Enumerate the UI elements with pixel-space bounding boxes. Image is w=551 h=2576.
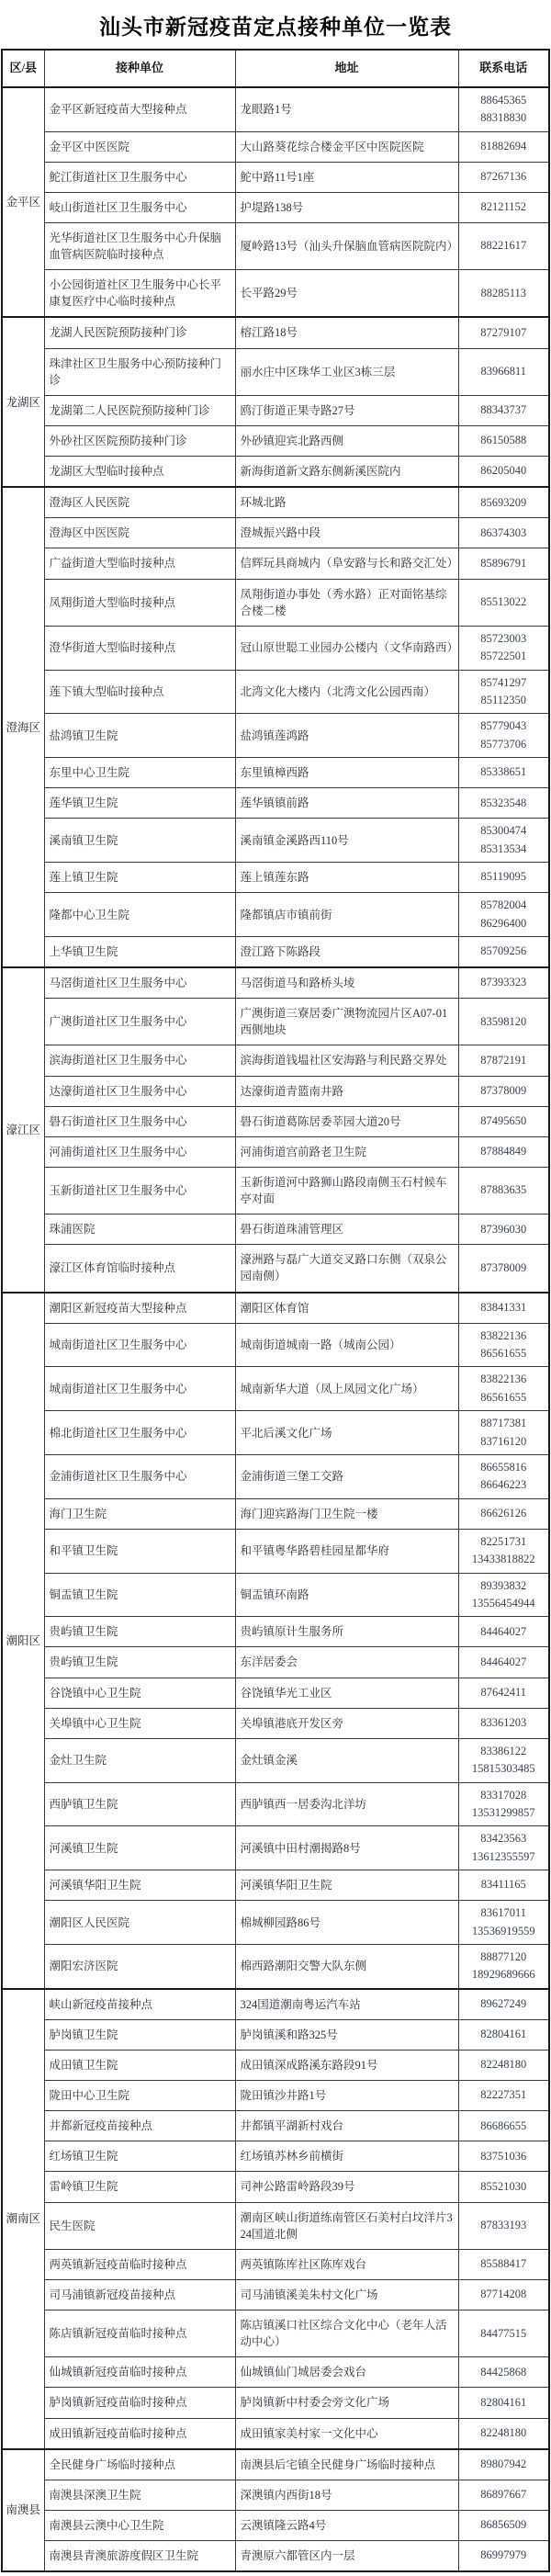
- phone-number: 13536919559: [461, 1923, 547, 1940]
- unit-cell: 金浦街道社区卫生服务中心: [44, 1454, 235, 1498]
- unit-cell: 礐石街道社区卫生服务中心: [44, 1106, 235, 1136]
- unit-cell: 上华镇卫生院: [44, 936, 235, 967]
- unit-cell: 西胪镇卫生院: [44, 1782, 235, 1826]
- address-cell: 城南新华大道（凤上凤园文化广场）: [235, 1367, 458, 1411]
- unit-cell: 民生医院: [44, 2202, 235, 2249]
- address-cell: 冠山原世聪工业园办公楼内（文华南路西）: [235, 626, 458, 670]
- table-row: 棉北街道社区卫生服务中心平北后溪文化广场8871738183716120: [2, 1411, 549, 1455]
- phone-number: 83598120: [461, 1013, 547, 1031]
- unit-cell: 南澳县青澳旅游度假区卫生院: [44, 2541, 235, 2572]
- address-cell: 莲华镇镇前路: [235, 788, 458, 819]
- phone-number: 87267136: [461, 168, 547, 186]
- table-row: 凤翔街道大型临时接种点凤翔街道办事处（秀水路）正对面铭基综合楼二楼8551302…: [2, 579, 549, 626]
- phone-cell: 84464027: [458, 1647, 549, 1678]
- table-row: 西胪镇卫生院西胪镇西一居委沟北洋坊8331702813531299857: [2, 1782, 549, 1826]
- phone-cell: 85709256: [458, 936, 549, 967]
- unit-cell: 谷饶镇中心卫生院: [44, 1678, 235, 1708]
- table-row: 潮阳区人民医院棉城柳园路86号8361701113536919559: [2, 1901, 549, 1945]
- phone-number: 87884849: [461, 1143, 547, 1160]
- table-row: 陇田中心卫生院陇田镇沙井路1号82227351: [2, 2081, 549, 2111]
- phone-number: 86561655: [461, 1345, 547, 1362]
- phone-number: 85300474: [461, 822, 547, 840]
- phone-number: 87883635: [461, 1181, 547, 1199]
- table-row: 濠江区马滘街道社区卫生服务中心马滘街道马和路桥头堎87393323: [2, 967, 549, 999]
- phone-cell: 89627249: [458, 1989, 549, 2020]
- address-cell: 北湾文化大楼内（北湾文化公园西南）: [235, 670, 458, 714]
- phone-cell: 87642411: [458, 1678, 549, 1708]
- address-cell: 澄江路下陈路段: [235, 936, 458, 967]
- phone-cell: 8382213686561655: [458, 1323, 549, 1367]
- phone-cell: 87279107: [458, 317, 549, 348]
- phone-number: 86897667: [461, 2486, 547, 2503]
- unit-cell: 澄海区中医医院: [44, 518, 235, 548]
- phone-cell: 88285113: [458, 270, 549, 318]
- phone-number: 82804161: [461, 2026, 547, 2043]
- table-row: 澄海区澄海区人民医院环城北路85693209: [2, 487, 549, 518]
- phone-number: 86561655: [461, 1389, 547, 1407]
- table-row: 成田镇卫生院成田镇深成路溪东路段91号82248180: [2, 2050, 549, 2080]
- table-row: 莲华镇卫生院莲华镇镇前路85323548: [2, 788, 549, 819]
- phone-number: 85741297: [461, 674, 547, 692]
- phone-number: 13531299857: [461, 1804, 547, 1822]
- phone-number: 86374303: [461, 525, 547, 542]
- unit-cell: 小公园街道社区卫生服务中心长平康复医疗中心临时接种点: [44, 270, 235, 318]
- phone-cell: 85521030: [458, 2172, 549, 2202]
- unit-cell: 光华街道社区卫生服务中心升保脑血管病医院临时接种点: [44, 222, 235, 269]
- unit-cell: 金平区中医医院: [44, 131, 235, 162]
- address-cell: 礐石街道葛陈居委莘园大道20号: [235, 1106, 458, 1136]
- unit-cell: 南澳县云澳中心卫生院: [44, 2510, 235, 2540]
- phone-number: 83361203: [461, 1714, 547, 1732]
- phone-number: 13556454944: [461, 1595, 547, 1612]
- phone-number: 84464027: [461, 1654, 547, 1671]
- phone-number: 87378009: [461, 1082, 547, 1100]
- unit-cell: 红场镇卫生院: [44, 2141, 235, 2172]
- district-cell: 澄海区: [2, 487, 44, 967]
- column-header-3: 联系电话: [458, 50, 549, 87]
- table-row: 达濠街道社区卫生服务中心达濠街道青篮南井路87378009: [2, 1076, 549, 1106]
- district-cell: 濠江区: [2, 967, 44, 1293]
- table-row: 海门卫生院海门迎宾路海门卫生院一楼86626126: [2, 1498, 549, 1529]
- table-row: 光华街道社区卫生服务中心升保脑血管病医院临时接种点厦岭路13号（汕头升保脑血管病…: [2, 222, 549, 269]
- phone-number: 87714208: [461, 2286, 547, 2303]
- phone-number: 83386122: [461, 1743, 547, 1760]
- phone-cell: 86856509: [458, 2510, 549, 2540]
- phone-cell: 86997979: [458, 2541, 549, 2572]
- phone-cell: 87378009: [458, 1245, 549, 1293]
- phone-number: 85338651: [461, 763, 547, 781]
- unit-cell: 金平区新冠疫苗大型接种点: [44, 87, 235, 131]
- phone-number: 85693209: [461, 494, 547, 512]
- table-row: 两英镇新冠疫苗临时接种点两英镇陈库社区陈库戏台85588417: [2, 2249, 549, 2279]
- column-header-0: 区/县: [2, 50, 44, 87]
- phone-number: 85119095: [461, 868, 547, 886]
- phone-number: 83716120: [461, 1433, 547, 1451]
- address-cell: 河浦街道宫前路老卫生院: [235, 1136, 458, 1167]
- table-row: 濠江区体育馆临时接种点濠洲路与磊广大道交叉路口东侧（双泉公园南侧）8737800…: [2, 1245, 549, 1293]
- table-row: 金平区金平区新冠疫苗大型接种点龙眼路1号8864536588318830: [2, 87, 549, 131]
- phone-cell: 87714208: [458, 2279, 549, 2310]
- phone-cell: 85693209: [458, 487, 549, 518]
- unit-cell: 玉新街道社区卫生服务中心: [44, 1167, 235, 1214]
- table-row: 城南街道社区卫生服务中心城南新华大道（凤上凤园文化广场）838221368656…: [2, 1367, 549, 1411]
- table-row: 关埠镇中心卫生院关埠镇港底开发区旁83361203: [2, 1708, 549, 1738]
- address-cell: 谷饶镇华光工业区: [235, 1678, 458, 1708]
- address-cell: 长平路29号: [235, 270, 458, 318]
- phone-number: 83317028: [461, 1787, 547, 1804]
- unit-cell: 龙湖第二人民医院预防接种门诊: [44, 395, 235, 425]
- table-row: 河溪镇华阳卫生院河溪镇华阳卫生院83411165: [2, 1870, 549, 1901]
- phone-number: 89627249: [461, 1995, 547, 2013]
- table-row: 龙湖区龙湖人民医院预防接种门诊榕江路18号87279107: [2, 317, 549, 348]
- phone-number: 83822136: [461, 1371, 547, 1388]
- phone-cell: 8342356313612355597: [458, 1826, 549, 1870]
- phone-cell: 8887712018929689666: [458, 1944, 549, 1988]
- table-row: 南澳县云澳中心卫生院云澳镇隆云路4号86856509: [2, 2510, 549, 2540]
- phone-cell: 86205040: [458, 457, 549, 488]
- address-cell: 隆都镇店市镇前街: [235, 893, 458, 937]
- phone-cell: 86150588: [458, 425, 549, 456]
- phone-cell: 87872191: [458, 1045, 549, 1076]
- unit-cell: 河溪镇华阳卫生院: [44, 1870, 235, 1901]
- address-cell: 西胪镇西一居委沟北洋坊: [235, 1782, 458, 1826]
- phone-cell: 8871738183716120: [458, 1411, 549, 1455]
- table-row: 和平镇卫生院和平镇粤华路碧桂园星都华府8225173113433818822: [2, 1529, 549, 1573]
- unit-cell: 关埠镇中心卫生院: [44, 1708, 235, 1738]
- phone-cell: 85119095: [458, 863, 549, 893]
- phone-number: 84464027: [461, 1623, 547, 1641]
- phone-number: 85313534: [461, 841, 547, 858]
- address-cell: 护堤路138号: [235, 192, 458, 222]
- phone-number: 88318830: [461, 109, 547, 127]
- unit-cell: 棉北街道社区卫生服务中心: [44, 1411, 235, 1455]
- address-cell: 信辉玩具商城内（阜安路与长和路交汇处）: [235, 548, 458, 579]
- document-page: 汕头市新冠疫苗定点接种单位一览表 区/县接种单位地址联系电话 金平区金平区新冠疫…: [0, 0, 551, 2572]
- address-cell: 东里镇樟西路: [235, 758, 458, 788]
- phone-cell: 88221617: [458, 222, 549, 269]
- address-cell: 陈店镇溪口社区综合文化中心（老年人活动中心）: [235, 2310, 458, 2357]
- column-header-1: 接种单位: [44, 50, 235, 87]
- address-cell: 礐石街道珠浦管理区: [235, 1215, 458, 1245]
- table-row: 谷饶镇中心卫生院谷饶镇华光工业区87642411: [2, 1678, 549, 1708]
- phone-number: 86150588: [461, 432, 547, 449]
- page-title: 汕头市新冠疫苗定点接种单位一览表: [0, 0, 551, 49]
- address-cell: 胪岗镇溪和路325号: [235, 2019, 458, 2050]
- address-cell: 榕江路18号: [235, 317, 458, 348]
- phone-number: 85896791: [461, 555, 547, 572]
- unit-cell: 铜盂镇卫生院: [44, 1573, 235, 1617]
- phone-cell: 8331702813531299857: [458, 1782, 549, 1826]
- phone-cell: 82804161: [458, 2388, 549, 2418]
- table-row: 广益街道大型临时接种点信辉玩具商城内（阜安路与长和路交汇处）85896791: [2, 548, 549, 579]
- address-cell: 玉新街道河中路狮山路段南侧玉石村候车亭对面: [235, 1167, 458, 1214]
- phone-cell: 87883635: [458, 1167, 549, 1214]
- district-cell: 龙湖区: [2, 317, 44, 487]
- table-row: 金浦街道社区卫生服务中心金浦街道三堡工交路8665581686646223: [2, 1454, 549, 1498]
- phone-cell: 87833193: [458, 2202, 549, 2249]
- table-row: 小公园街道社区卫生服务中心长平康复医疗中心临时接种点长平路29号88285113: [2, 270, 549, 318]
- unit-cell: 岐山街道社区卫生服务中心: [44, 192, 235, 222]
- unit-cell: 莲下镇大型临时接种点: [44, 670, 235, 714]
- phone-cell: 85513022: [458, 579, 549, 626]
- phone-number: 87279107: [461, 324, 547, 342]
- table-row: 南澳县青澳旅游度假区卫生院青澳原六都管区内一层86997979: [2, 2541, 549, 2572]
- phone-cell: 8864536588318830: [458, 87, 549, 131]
- table-row: 盐鸿镇卫生院盐鸿镇莲鸿路8577904385773706: [2, 714, 549, 758]
- phone-number: 83617011: [461, 1904, 547, 1922]
- phone-number: 13433818822: [461, 1551, 547, 1568]
- address-cell: 河溪镇华阳卫生院: [235, 1870, 458, 1901]
- table-row: 南澳县深澳卫生院深澳镇内西街18号86897667: [2, 2480, 549, 2510]
- phone-cell: 87378009: [458, 1076, 549, 1106]
- address-cell: 濠洲路与磊广大道交叉路口东侧（双泉公园南侧）: [235, 1245, 458, 1293]
- address-cell: 外砂镇迎宾北路西侧: [235, 425, 458, 456]
- address-cell: 成田镇深成路溪东路段91号: [235, 2050, 458, 2080]
- unit-cell: 城南街道社区卫生服务中心: [44, 1323, 235, 1367]
- phone-number: 84477515: [461, 2325, 547, 2343]
- unit-cell: 河浦街道社区卫生服务中心: [44, 1136, 235, 1167]
- table-row: 成田镇新冠疫苗临时接种点成田镇家美村家一文化中心82248180: [2, 2418, 549, 2449]
- phone-cell: 85323548: [458, 788, 549, 819]
- unit-cell: 海门卫生院: [44, 1498, 235, 1529]
- table-row: 上华镇卫生院澄江路下陈路段85709256: [2, 936, 549, 967]
- address-cell: 陇田镇沙井路1号: [235, 2081, 458, 2111]
- unit-cell: 珠津社区卫生服务中心预防接种门诊: [44, 348, 235, 395]
- phone-cell: 86626126: [458, 1498, 549, 1529]
- address-cell: 和平镇粤华路碧桂园星都华府: [235, 1529, 458, 1573]
- phone-cell: 8574129785112350: [458, 670, 549, 714]
- address-cell: 广澳街道三寮居委广澳物流园片区A07-01西侧地块: [235, 999, 458, 1045]
- phone-number: 82248180: [461, 2056, 547, 2073]
- phone-number: 88645365: [461, 92, 547, 109]
- table-row: 金灶卫生院金灶镇金溪8338612215815303485: [2, 1738, 549, 1782]
- phone-number: 87872191: [461, 1052, 547, 1069]
- phone-number: 87833193: [461, 2217, 547, 2234]
- phone-number: 88285113: [461, 285, 547, 302]
- phone-number: 85323548: [461, 795, 547, 812]
- unit-cell: 陈店镇新冠疫苗临时接种点: [44, 2310, 235, 2357]
- header-row: 区/县接种单位地址联系电话: [2, 50, 549, 87]
- address-cell: 马滘街道马和路桥头堎: [235, 967, 458, 999]
- table-row: 潮南区峡山新冠疫苗接种点324国道潮南粤运汽车站89627249: [2, 1989, 549, 2020]
- address-cell: 司神公路雷岭路段39号: [235, 2172, 458, 2202]
- address-cell: 潮阳区体育馆: [235, 1293, 458, 1324]
- phone-number: 15815303485: [461, 1760, 547, 1778]
- phone-cell: 89807942: [458, 2449, 549, 2480]
- phone-number: 83841331: [461, 1299, 547, 1316]
- unit-cell: 潮阳区新冠疫苗大型接种点: [44, 1293, 235, 1324]
- phone-cell: 85588417: [458, 2249, 549, 2279]
- address-cell: 红场镇苏林乡前横街: [235, 2141, 458, 2172]
- address-cell: 棉城柳园路86号: [235, 1901, 458, 1945]
- phone-number: 82227351: [461, 2086, 547, 2104]
- unit-cell: 和平镇卫生院: [44, 1529, 235, 1573]
- phone-number: 86205040: [461, 462, 547, 480]
- district-cell: 南澳县: [2, 2449, 44, 2572]
- phone-number: 89807942: [461, 2456, 547, 2473]
- address-cell: 鮀中路11号1座: [235, 162, 458, 192]
- table-row: 贵屿镇卫生院贵屿镇原计生服务所84464027: [2, 1617, 549, 1647]
- table-row: 莲下镇大型临时接种点北湾文化大楼内（北湾文化公园西南）8574129785112…: [2, 670, 549, 714]
- phone-cell: 83751036: [458, 2141, 549, 2172]
- table-row: 鮀江街道社区卫生服务中心鮀中路11号1座87267136: [2, 162, 549, 192]
- address-cell: 深澳镇内西街18号: [235, 2480, 458, 2510]
- phone-number: 83751036: [461, 2148, 547, 2165]
- unit-cell: 贵屿镇卫生院: [44, 1647, 235, 1678]
- address-cell: 棉西路潮阳交警大队东侧: [235, 1944, 458, 1988]
- table-row: 澄华街道大型临时接种点冠山原世聪工业园办公楼内（文华南路西）8572300385…: [2, 626, 549, 670]
- table-row: 河浦街道社区卫生服务中心河浦街道宫前路老卫生院87884849: [2, 1136, 549, 1167]
- unit-cell: 马滘街道社区卫生服务中心: [44, 967, 235, 999]
- address-cell: 两英镇陈库社区陈库戏台: [235, 2249, 458, 2279]
- phone-number: 83423563: [461, 1830, 547, 1847]
- phone-number: 89393832: [461, 1577, 547, 1595]
- address-cell: 澄城振兴路中段: [235, 518, 458, 548]
- phone-number: 85782004: [461, 897, 547, 914]
- table-row: 龙湖区大型临时接种点新海街道新文路东侧新溪医院内86205040: [2, 457, 549, 488]
- address-cell: 滨海街道钱塭社区安海路与利民路交界处: [235, 1045, 458, 1076]
- phone-number: 87396030: [461, 1221, 547, 1238]
- address-cell: 莲上镇莲东路: [235, 863, 458, 893]
- address-cell: 潮南区峡山街道练南管区石美村白坟洋片324国道北侧: [235, 2202, 458, 2249]
- phone-cell: 82227351: [458, 2081, 549, 2111]
- phone-cell: 85896791: [458, 548, 549, 579]
- unit-cell: 城南街道社区卫生服务中心: [44, 1367, 235, 1411]
- address-cell: 丽水庄中区珠华工业区3栋三层: [235, 348, 458, 395]
- phone-cell: 83841331: [458, 1293, 549, 1324]
- phone-cell: 86897667: [458, 2480, 549, 2510]
- address-cell: 大山路葵花综合楼金平区中医院医院: [235, 131, 458, 162]
- address-cell: 司马浦镇溪美朱村文化广场: [235, 2279, 458, 2310]
- unit-cell: 陇田中心卫生院: [44, 2081, 235, 2111]
- phone-number: 82121152: [461, 198, 547, 216]
- phone-cell: 82248180: [458, 2050, 549, 2080]
- table-row: 陈店镇新冠疫苗临时接种点陈店镇溪口社区综合文化中心（老年人活动中心）844775…: [2, 2310, 549, 2357]
- table-row: 珠津社区卫生服务中心预防接种门诊丽水庄中区珠华工业区3栋三层83966811: [2, 348, 549, 395]
- unit-cell: 金灶卫生院: [44, 1738, 235, 1782]
- address-cell: 胪岗镇新中村委会旁文化广场: [235, 2388, 458, 2418]
- address-cell: 仙城镇仙门城居委会戏台: [235, 2357, 458, 2388]
- phone-number: 85513022: [461, 593, 547, 611]
- table-row: 贵屿镇卫生院东洋居委会84464027: [2, 1647, 549, 1678]
- phone-cell: 81882694: [458, 131, 549, 162]
- unit-cell: 外砂社区医院预防接种门诊: [44, 425, 235, 456]
- phone-number: 88877120: [461, 1949, 547, 1966]
- phone-number: 85588417: [461, 2255, 547, 2273]
- phone-number: 85521030: [461, 2178, 547, 2196]
- address-cell: 平北后溪文化广场: [235, 1411, 458, 1455]
- address-cell: 海门迎宾路海门卫生院一楼: [235, 1498, 458, 1529]
- unit-cell: 澄华街道大型临时接种点: [44, 626, 235, 670]
- table-row: 胪岗镇新冠疫苗临时接种点胪岗镇新中村委会旁文化广场82804161: [2, 2388, 549, 2418]
- phone-number: 86655816: [461, 1459, 547, 1476]
- table-row: 溪南镇卫生院溪南镇金溪路西110号8530047485313534: [2, 819, 549, 863]
- phone-cell: 84464027: [458, 1617, 549, 1647]
- unit-cell: 雷岭镇卫生院: [44, 2172, 235, 2202]
- phone-cell: 87495650: [458, 1106, 549, 1136]
- phone-number: 86686655: [461, 2118, 547, 2135]
- address-cell: 鸥汀街道正果寺路27号: [235, 395, 458, 425]
- phone-cell: 87396030: [458, 1215, 549, 1245]
- unit-cell: 凤翔街道大型临时接种点: [44, 579, 235, 626]
- unit-cell: 东里中心卫生院: [44, 758, 235, 788]
- table-row: 民生医院潮南区峡山街道练南管区石美村白坟洋片324国道北侧87833193: [2, 2202, 549, 2249]
- address-cell: 溪南镇金溪路西110号: [235, 819, 458, 863]
- table-row: 金平区中医医院大山路葵花综合楼金平区中医院医院81882694: [2, 131, 549, 162]
- unit-cell: 南澳县深澳卫生院: [44, 2480, 235, 2510]
- unit-cell: 胪岗镇卫生院: [44, 2019, 235, 2050]
- unit-cell: 广澳街道社区卫生服务中心: [44, 999, 235, 1045]
- column-header-2: 地址: [235, 50, 458, 87]
- address-cell: 金灶镇金溪: [235, 1738, 458, 1782]
- table-body: 金平区金平区新冠疫苗大型接种点龙眼路1号8864536588318830金平区中…: [2, 87, 549, 2571]
- district-cell: 潮阳区: [2, 1293, 44, 1989]
- phone-cell: 8665581686646223: [458, 1454, 549, 1498]
- district-cell: 金平区: [2, 87, 44, 318]
- address-cell: 成田镇家美村家一文化中心: [235, 2418, 458, 2449]
- table-row: 红场镇卫生院红场镇苏林乡前横街83751036: [2, 2141, 549, 2172]
- phone-cell: 8338612215815303485: [458, 1738, 549, 1782]
- phone-cell: 8225173113433818822: [458, 1529, 549, 1573]
- unit-cell: 溪南镇卫生院: [44, 819, 235, 863]
- phone-number: 87393323: [461, 974, 547, 991]
- phone-number: 83411165: [461, 1876, 547, 1893]
- table-row: 司马浦镇新冠疫苗接种点司马浦镇溪美朱村文化广场87714208: [2, 2279, 549, 2310]
- phone-number: 85112350: [461, 692, 547, 709]
- address-cell: 盐鸿镇莲鸿路: [235, 714, 458, 758]
- address-cell: 新海街道新文路东侧新溪医院内: [235, 457, 458, 488]
- address-cell: 金浦街道三堡工交路: [235, 1454, 458, 1498]
- table-row: 仙城镇新冠疫苗临时接种点仙城镇仙门城居委会戏台84425868: [2, 2357, 549, 2388]
- phone-number: 13612355597: [461, 1848, 547, 1866]
- address-cell: 龙眼路1号: [235, 87, 458, 131]
- phone-cell: 83966811: [458, 348, 549, 395]
- unit-cell: 莲上镇卫生院: [44, 863, 235, 893]
- address-cell: 厦岭路13号（汕头升保脑血管病医院院内）: [235, 222, 458, 269]
- phone-number: 88717381: [461, 1415, 547, 1432]
- phone-cell: 8361701113536919559: [458, 1901, 549, 1945]
- unit-cell: 成田镇新冠疫苗临时接种点: [44, 2418, 235, 2449]
- address-cell: 达濠街道青篮南井路: [235, 1076, 458, 1106]
- address-cell: 东洋居委会: [235, 1647, 458, 1678]
- phone-cell: 86374303: [458, 518, 549, 548]
- phone-number: 85773706: [461, 736, 547, 753]
- phone-number: 83822136: [461, 1328, 547, 1345]
- address-cell: 城南街道城南一路（城南公园）: [235, 1323, 458, 1367]
- address-cell: 河溪镇中田村潮揭路8号: [235, 1826, 458, 1870]
- address-cell: 井都镇平湖新村戏台: [235, 2111, 458, 2141]
- table-row: 潮阳区潮阳区新冠疫苗大型接种点潮阳区体育馆83841331: [2, 1293, 549, 1324]
- phone-number: 88343737: [461, 401, 547, 419]
- table-row: 井都新冠疫苗接种点井都镇平湖新村戏台86686655: [2, 2111, 549, 2141]
- table-row: 玉新街道社区卫生服务中心玉新街道河中路狮山路段南侧玉石村候车亭对面8788363…: [2, 1167, 549, 1214]
- table-row: 东里中心卫生院东里镇樟西路85338651: [2, 758, 549, 788]
- unit-cell: 澄海区人民医院: [44, 487, 235, 518]
- phone-number: 83966811: [461, 363, 547, 380]
- phone-number: 86296400: [461, 915, 547, 932]
- unit-cell: 广益街道大型临时接种点: [44, 548, 235, 579]
- table-row: 河溪镇卫生院河溪镇中田村潮揭路8号8342356313612355597: [2, 1826, 549, 1870]
- unit-cell: 珠浦医院: [44, 1215, 235, 1245]
- phone-number: 18929689666: [461, 1966, 547, 1983]
- phone-cell: 82248180: [458, 2418, 549, 2449]
- phone-cell: 8939383213556454944: [458, 1573, 549, 1617]
- phone-cell: 8572300385722501: [458, 626, 549, 670]
- table-row: 岐山街道社区卫生服务中心护堤路138号82121152: [2, 192, 549, 222]
- unit-cell: 井都新冠疫苗接种点: [44, 2111, 235, 2141]
- unit-cell: 司马浦镇新冠疫苗接种点: [44, 2279, 235, 2310]
- unit-cell: 贵屿镇卫生院: [44, 1617, 235, 1647]
